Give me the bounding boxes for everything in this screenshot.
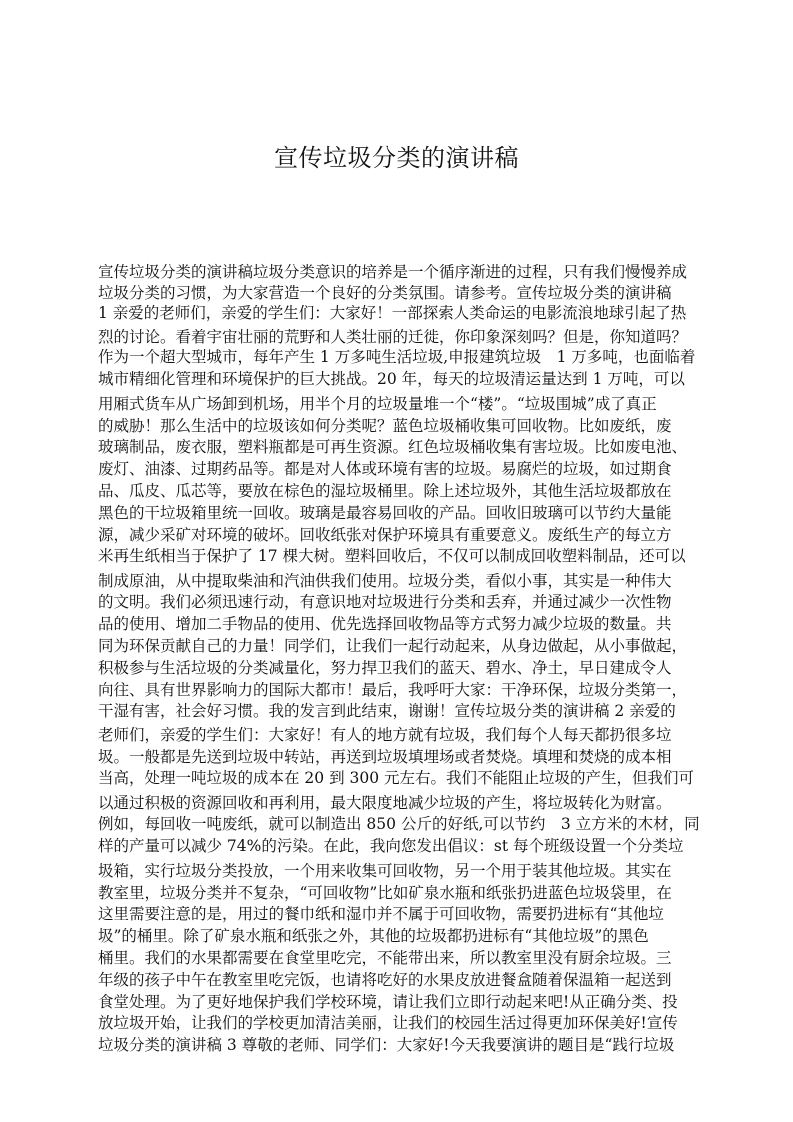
body-text-line: 宣传垃圾分类的演讲稿垃圾分类意识的培养是一个循序渐进的过程，只有我们慢慢养成	[98, 262, 687, 282]
body-text-line: 黑色的干垃圾箱里统一回收。玻璃是最容易回收的产品。回收旧玻璃可以节约大量能	[98, 503, 672, 523]
body-text-line: 垃圾分类的习惯，为大家营造一个良好的分类氛围。请参考。宣传垃圾分类的演讲稿	[98, 283, 672, 303]
body-text-line: 老师们，亲爱的学生们：大家好！有人的地方就有垃圾，我们每个人每天都扔很多垃	[98, 725, 672, 745]
body-text-line: 废灯、油漆、过期药品等。都是对人体或环境有害的垃圾。易腐烂的垃圾，如过期食	[98, 459, 672, 479]
body-text-line: 放垃圾开始，让我们的学校更加清洁美丽，让我们的校园生活过得更加环保美好!宣传	[98, 1013, 678, 1033]
body-text-line: 的威胁！那么生活中的垃圾该如何分类呢？蓝色垃圾桶收集可回收物。比如废纸，废	[98, 416, 672, 436]
body-text-line: 垃圾分类的演讲稿 3 尊敬的老师、同学们：大家好!今天我要演讲的题目是“践行垃圾	[98, 1035, 674, 1055]
body-text-line: 同为环保贡献自己的力量！同学们，让我们一起行动起来，从身边做起，从小事做起，	[98, 636, 687, 656]
body-text-line: 烈的讨论。看着宇宙壮丽的荒野和人类壮丽的迁徙，你印象深刻吗？但是，你知道吗？	[98, 327, 687, 347]
body-text-line: 用厢式货车从广场卸到机场，用半个月的垃圾量堆一个“楼”。“垃圾围城”成了真正	[98, 394, 657, 414]
body-text-line: 1 亲爱的老师们，亲爱的学生们：大家好！一部探索人类命运的电影流浪地球引起了热	[98, 303, 686, 323]
body-text-line: 年级的孩子中午在教室里吃完饭，也请将吃好的水果皮放进餐盒随着保温箱一起送到	[98, 970, 672, 990]
body-text-line: 食堂处理。为了更好地保护我们学校环境，请让我们立即行动起来吧!从正确分类、投	[98, 992, 678, 1012]
body-text-line: 圾”的桶里。除了矿泉水瓶和纸张之外，其他的垃圾都扔进标有“其他垃圾”的黑色	[98, 926, 649, 946]
body-text-line: 玻璃制品，废衣服，塑料瓶都是可再生资源。红色垃圾桶收集有害垃圾。比如废电池、	[98, 437, 687, 457]
body-text-line: 样的产量可以减少 74%的污染。在此，我向您发出倡议：st 每个班级设置一个分类…	[98, 836, 684, 856]
body-text-line: 以通过积极的资源回收和再利用，最大限度地减少垃圾的产生，将垃圾转化为财富。	[98, 793, 672, 813]
body-text-line: 教室里，垃圾分类并不复杂，“可回收物”比如矿泉水瓶和纸张扔进蓝色垃圾袋里，在	[98, 883, 672, 903]
body-text-line: 例如，每回收一吨废纸，就可以制造出 850 公斤的好纸,可以节约 3 立方米的木…	[98, 814, 700, 834]
document-title: 宣传垃圾分类的演讲稿	[0, 138, 793, 173]
body-text-line: 当高，处理一吨垃圾的成本在 20 到 300 元左右。我们不能阻止垃圾的产生，但…	[98, 768, 694, 788]
body-text-line: 桶里。我们的水果都需要在食堂里吃完，不能带出来，所以教室里没有厨余垃圾。三	[98, 948, 672, 968]
body-text-line: 品的使用、增加二手物品的使用、优先选择回收物品等方式努力减少垃圾的数量。共	[98, 614, 672, 634]
body-text-line: 的文明。我们必须迅速行动，有意识地对垃圾进行分类和丢弃，并通过减少一次性物	[98, 592, 672, 612]
body-text-line: 城市精细化管理和环境保护的巨大挑战。20 年，每天的垃圾清运量达到 1 万吨，可…	[98, 369, 685, 389]
body-text-line: 向往、具有世界影响力的国际大都市！最后，我呼吁大家：干净环保，垃圾分类第一，	[98, 680, 687, 700]
body-text-line: 作为一个超大型城市，每年产生 1 万多吨生活垃圾,申报建筑垃圾 1 万多吨，也面…	[98, 347, 695, 367]
body-text-line: 源，减少采矿对环境的破坏。回收纸张对保护环境具有重要意义。废纸生产的每立方	[98, 525, 672, 545]
body-text-line: 干湿有害，社会好习惯。我的发言到此结束，谢谢！宣传垃圾分类的演讲稿 2 亲爱的	[98, 701, 676, 721]
body-text-line: 积极参与生活垃圾的分类减量化，努力捍卫我们的蓝天、碧水、净土，早日建成令人	[98, 658, 672, 678]
body-text-line: 品、瓜皮、瓜芯等，要放在棕色的湿垃圾桶里。除上述垃圾外，其他生活垃圾都放在	[98, 481, 672, 501]
body-text-line: 制成原油，从中提取柴油和汽油供我们使用。垃圾分类，看似小事，其实是一种伟大	[98, 571, 672, 591]
body-text-line: 米再生纸相当于保护了 17 棵大树。塑料回收后，不仅可以制成回收塑料制品，还可以	[98, 546, 686, 566]
body-text-line: 圾。一般都是先送到垃圾中转站，再送到垃圾填埋场或者焚烧。填埋和焚烧的成本相	[98, 747, 672, 767]
body-text-line: 圾箱，实行垃圾分类投放，一个用来收集可回收物，另一个用于装其他垃圾。其实在	[98, 861, 672, 881]
body-text-line: 这里需要注意的是，用过的餐巾纸和湿巾并不属于可回收物，需要扔进标有“其他垃	[98, 904, 664, 924]
document-page: 宣传垃圾分类的演讲稿 宣传垃圾分类的演讲稿垃圾分类意识的培养是一个循序渐进的过程…	[0, 0, 793, 1122]
